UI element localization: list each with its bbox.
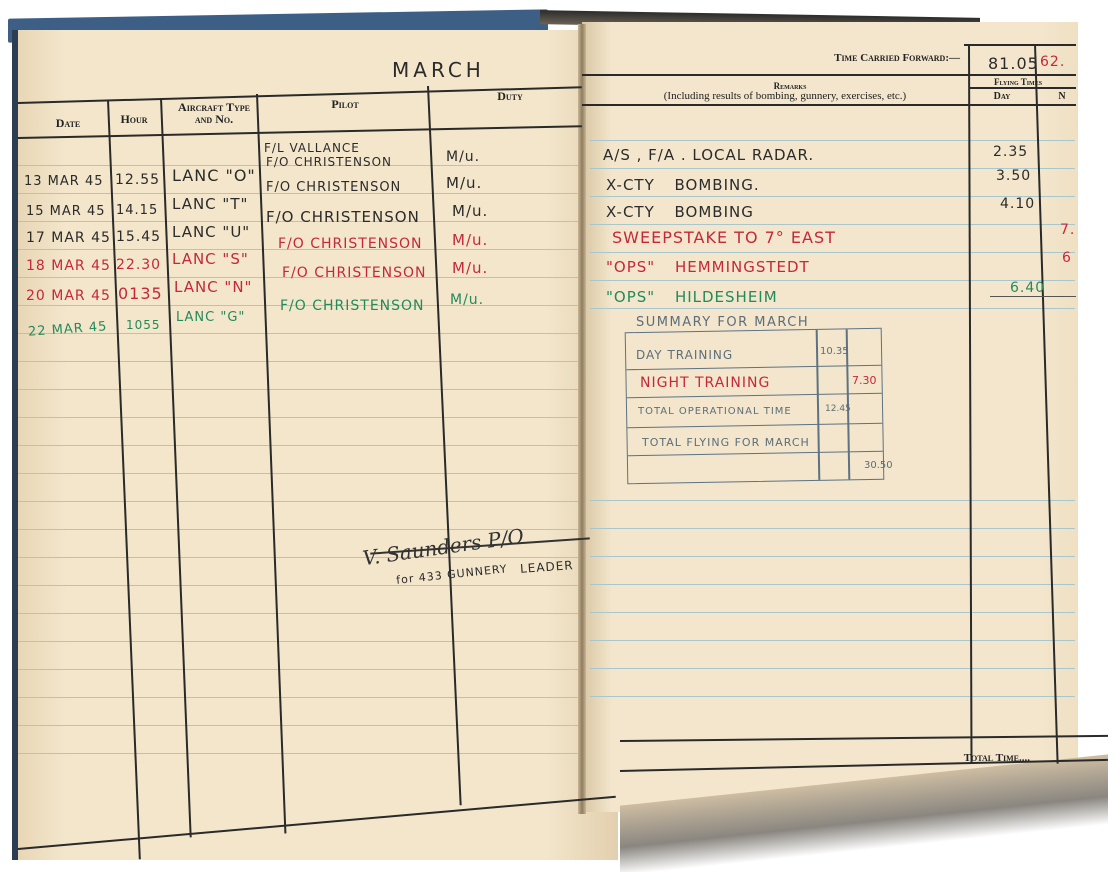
header-aircraft: Aircraft Type and No. — [172, 101, 256, 125]
header-pilot: Pilot — [300, 98, 390, 110]
entry-aircraft: LANC "G" — [176, 310, 245, 325]
entry-hour: 22.30 — [116, 257, 161, 273]
summary-label: TOTAL FLYING FOR MARCH — [642, 436, 810, 449]
time-carried-forward-label: Time Carried Forward:— — [800, 52, 960, 64]
entry-pilot: F/O CHRISTENSON — [282, 265, 427, 281]
header-remarks-sub: (Including results of bombing, gunnery, … — [630, 90, 940, 102]
entry-duty: M/u. — [452, 259, 488, 277]
remark: X-CTY BOMBING — [606, 203, 754, 221]
header-day: Day — [982, 91, 1022, 103]
entry-duty: M/u. — [452, 202, 488, 220]
flying-time-day: 2.35 — [993, 144, 1028, 160]
flying-time-day: 3.50 — [996, 168, 1031, 184]
summary-day-value: 12.45 — [825, 404, 851, 414]
carried-forward-box-top — [964, 44, 1076, 46]
entry-hour: 0135 — [118, 284, 163, 303]
entry-duty: M/u. — [452, 231, 488, 249]
header-night: N — [1052, 91, 1072, 103]
entry-hour: 14.15 — [116, 203, 158, 218]
header-hour: Hour — [110, 113, 158, 125]
entry-pilot: F/O CHRISTENSON — [266, 208, 420, 226]
flying-time-day: 4.10 — [1000, 196, 1035, 212]
entry-pilot: F/L VALLANCE — [264, 141, 360, 155]
entry-duty: M/u. — [450, 292, 484, 308]
entry-pilot: F/O CHRISTENSON — [266, 155, 392, 169]
flying-time-night: 6 — [1062, 250, 1072, 266]
entry-aircraft: LANC "S" — [172, 250, 249, 268]
total-time-label: Total Time.... — [920, 752, 1030, 764]
summary-label: NIGHT TRAINING — [640, 375, 770, 391]
flying-time-subtotal-rule — [990, 296, 1076, 297]
entry-pilot: F/O CHRISTENSON — [278, 236, 423, 252]
remark: X-CTY BOMBING. — [606, 176, 760, 194]
summary-label: DAY TRAINING — [636, 348, 733, 362]
remark: A/S , F/A . LOCAL RADAR. — [603, 146, 814, 164]
month-title: MARCH — [392, 58, 485, 82]
entry-hour: 15.45 — [116, 229, 161, 245]
right-header-bottom-rule — [582, 104, 1076, 106]
summary-night-value: 7.30 — [852, 374, 877, 387]
entry-aircraft: LANC "T" — [172, 195, 248, 213]
entry-aircraft: LANC "U" — [172, 223, 250, 241]
entry-date: 15 MAR 45 — [26, 204, 106, 219]
entry-hour: 12.55 — [115, 172, 160, 188]
header-date: Date — [38, 117, 98, 129]
entry-date: 13 MAR 45 — [24, 174, 104, 189]
summary-title: SUMMARY FOR MARCH — [636, 315, 809, 330]
remark: SWEEPSTAKE TO 7° EAST — [612, 228, 836, 247]
entry-duty: M/u. — [446, 174, 482, 192]
summary-total-value: 30.50 — [864, 460, 893, 471]
remark: "OPS" HEMMINGSTEDT — [606, 258, 810, 276]
time-carried-forward-night: 62. — [1040, 54, 1065, 70]
flying-time-day: 6.40 — [1010, 280, 1045, 296]
header-flying-times: Flying Times — [994, 76, 1094, 88]
entry-duty: M/u. — [446, 149, 480, 165]
entry-date: 17 MAR 45 — [26, 230, 111, 246]
entry-hour: 1055 — [126, 318, 161, 332]
entry-aircraft: LANC "O" — [172, 166, 256, 185]
summary-label: TOTAL OPERATIONAL TIME — [638, 406, 792, 417]
time-carried-forward-day: 81.05 — [988, 54, 1039, 73]
header-duty: Duty — [470, 90, 550, 102]
entry-date: 20 MAR 45 — [26, 288, 111, 304]
flying-time-night: 7. — [1060, 222, 1075, 238]
entry-pilot: F/O CHRISTENSON — [280, 298, 425, 314]
book-gutter — [578, 24, 586, 814]
entry-pilot: F/O CHRISTENSON — [266, 180, 401, 195]
entry-aircraft: LANC "N" — [174, 278, 252, 296]
summary-day-value: 10.35 — [820, 346, 849, 357]
remark: "OPS" HILDESHEIM — [606, 288, 778, 306]
entry-date: 18 MAR 45 — [26, 258, 111, 274]
